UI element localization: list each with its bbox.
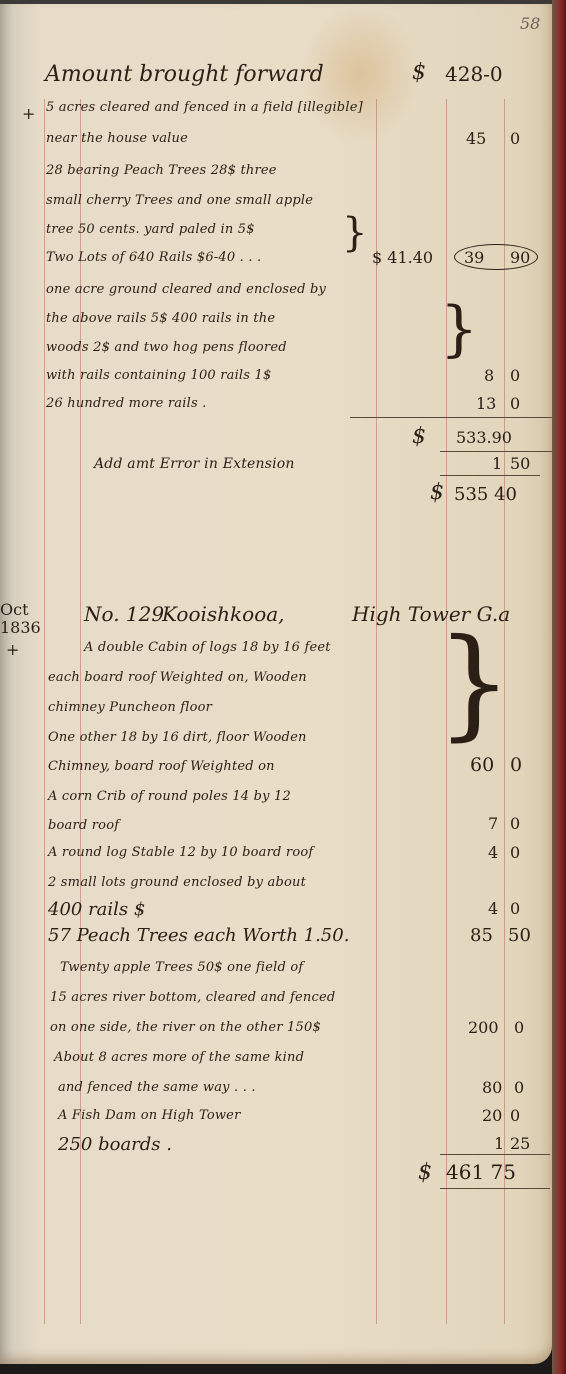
entry-dollars: 1	[494, 1134, 504, 1153]
subtotal-amount: 533.90	[456, 428, 512, 447]
book-binding	[552, 0, 566, 1374]
entry-line: one acre ground cleared and enclosed by	[46, 282, 326, 297]
entry-line: 400 rails $	[48, 899, 145, 920]
section1-total: 535 40	[454, 484, 517, 505]
entry-cents: 50	[508, 925, 531, 946]
entry-cents: 0	[510, 394, 520, 413]
entry-line: board roof	[48, 818, 119, 833]
entry-cents: 0	[510, 754, 522, 776]
correction-cents: 50	[510, 454, 530, 473]
section2-mark: +	[6, 640, 19, 659]
entry-dollars: 60	[470, 754, 494, 776]
entry-dollars: 8	[484, 366, 494, 385]
entry-cents: 0	[510, 366, 520, 385]
entry-line: A corn Crib of round poles 14 by 12	[48, 789, 291, 804]
entry-dollars: 45	[466, 129, 486, 148]
bracket-brace: }	[440, 294, 478, 364]
entry-line: tree 50 cents. yard paled in 5$	[46, 222, 255, 237]
entry-line: Chimney, board roof Weighted on	[48, 759, 275, 774]
sum-rule	[440, 451, 555, 452]
bracket-brace: }	[342, 210, 367, 256]
entry-line: One other 18 by 16 dirt, floor Wooden	[48, 730, 307, 745]
entry-cents: 0	[510, 899, 520, 918]
entry-cents: 0	[514, 1078, 524, 1097]
header-amount: 428-0	[445, 62, 503, 86]
header-title: Amount brought forward	[45, 62, 324, 87]
entry-line: near the house value	[46, 131, 188, 146]
entry-line: on one side, the river on the other 150$	[50, 1020, 321, 1035]
correction-label: Add amt Error in Extension	[94, 456, 295, 472]
entry-cents: 25	[510, 1134, 530, 1153]
section1-mark: +	[22, 104, 35, 123]
entry-line: and fenced the same way . . .	[58, 1080, 256, 1095]
entry-line: 2 small lots ground enclosed by about	[48, 875, 306, 890]
bracket-brace: }	[436, 624, 512, 744]
total-dollar-sign: $	[418, 1160, 432, 1185]
entry-dollars: 85	[470, 925, 493, 946]
sum-rule	[440, 1154, 550, 1155]
entry-cents: 0	[514, 1018, 524, 1037]
entry-line: 15 acres river bottom, cleared and fence…	[50, 990, 335, 1005]
sum-rule	[350, 417, 555, 418]
circled-dollars: 39	[464, 248, 484, 267]
entry-line: Two Lots of 640 Rails $6-40 . . .	[46, 250, 261, 265]
entry-dollars: 80	[482, 1078, 502, 1097]
entry-cents: 0	[510, 843, 520, 862]
entry-line: A double Cabin of logs 18 by 16 feet	[84, 640, 331, 655]
record-name: Kooishkooa,	[162, 602, 285, 626]
entry-cents: 0	[510, 1106, 520, 1125]
entry-line: 28 bearing Peach Trees 28$ three	[46, 163, 277, 178]
entry-dollars: 4	[488, 899, 498, 918]
entry-line: 250 boards .	[58, 1134, 172, 1155]
entry-dollars: 20	[482, 1106, 502, 1125]
ledger-page: 58 Amount brought forward $ 428-0 + 5 ac…	[0, 4, 552, 1364]
subtotal-dollar-sign: $	[412, 424, 426, 449]
entry-cents: 0	[510, 129, 520, 148]
record-number: No. 129	[84, 602, 164, 626]
total-dollar-sign: $	[430, 480, 444, 505]
entry-dollars: 7	[488, 814, 498, 833]
column-rule-3	[376, 99, 377, 1324]
entry-line: A Fish Dam on High Tower	[58, 1108, 240, 1123]
entry-line: chimney Puncheon floor	[48, 700, 212, 715]
section2-total: 461 75	[446, 1160, 516, 1184]
entry-line: the above rails 5$ 400 rails in the	[46, 311, 275, 326]
entry-line: with rails containing 100 rails 1$	[46, 368, 271, 383]
sum-rule	[440, 1188, 550, 1189]
entry-dollars: 200	[468, 1018, 499, 1037]
bracket-amount: $ 41.40	[372, 248, 433, 267]
entry-line: 57 Peach Trees each Worth 1.50.	[48, 925, 349, 946]
margin-year: 1836	[0, 618, 41, 637]
entry-cents: 0	[510, 814, 520, 833]
circled-cents: 90	[510, 248, 530, 267]
entry-dollars: 13	[476, 394, 496, 413]
entry-line: woods 2$ and two hog pens floored	[46, 340, 287, 355]
entry-dollars: 4	[488, 843, 498, 862]
entry-line: small cherry Trees and one small apple	[46, 193, 313, 208]
entry-line: 5 acres cleared and fenced in a field [i…	[46, 100, 363, 115]
sum-rule	[440, 475, 540, 476]
entry-line: About 8 acres more of the same kind	[54, 1050, 304, 1065]
correction-dollars: 1	[492, 454, 502, 473]
page-number: 58	[520, 14, 540, 33]
header-dollar-sign: $	[412, 60, 426, 85]
entry-line: Twenty apple Trees 50$ one field of	[60, 960, 303, 975]
margin-month: Oct	[0, 600, 29, 619]
entry-line: each board roof Weighted on, Wooden	[48, 670, 307, 685]
entry-line: A round log Stable 12 by 10 board roof	[48, 845, 313, 860]
margin-rule-1	[44, 99, 45, 1324]
entry-line: 26 hundred more rails .	[46, 396, 207, 411]
